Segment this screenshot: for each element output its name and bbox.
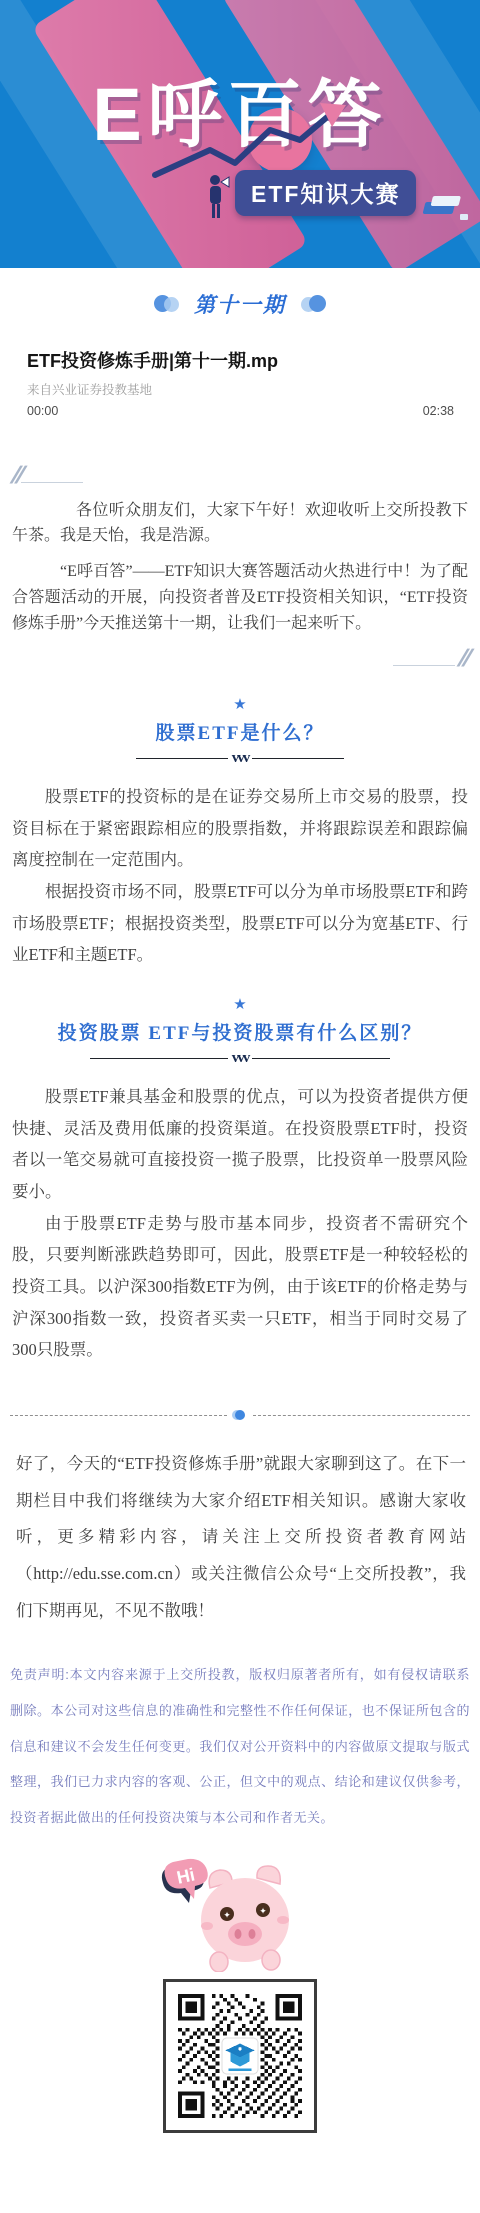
svg-text:✦: ✦ <box>259 1906 267 1916</box>
qr-center-logo <box>222 2038 258 2074</box>
audio-current-time: 00:00 <box>27 404 58 418</box>
intro-paragraph: “E呼百答”——ETF知识大赛答题活动火热进行中！为了配合答题活动的开展，向投资… <box>12 559 468 637</box>
disclaimer-text: 免责声明:本文内容来源于上交所投教，版权归原著者所有，如有侵权请联系删除。本公司… <box>10 1657 470 1836</box>
section-title: 股票ETF是什么？ <box>0 718 480 745</box>
section-body: 股票ETF兼具基金和股票的优点，可以为投资者提供方便快捷、灵活及费用低廉的投资渠… <box>12 1081 468 1366</box>
speaker-person-icon <box>205 172 231 220</box>
body-paragraph: 股票ETF的投资标的是在证券交易所上市交易的股票，投资目标在于紧密跟踪相应的股票… <box>12 781 468 876</box>
audio-title: ETF投资修炼手册|第十一期.mp <box>27 350 454 373</box>
books-icon <box>422 192 468 226</box>
open-quote-icon: // <box>12 468 468 488</box>
star-icon: ★ <box>0 997 480 1012</box>
section-divider: vvv <box>0 1050 480 1067</box>
dashed-divider <box>10 1410 470 1420</box>
pig-mascot: Hi ✦ ✦ <box>0 1850 480 1977</box>
body-paragraph: 根据投资市场不同，股票ETF可以分为单市场股票ETF和跨市场股票ETF；根据投资… <box>12 876 468 971</box>
disclaimer-block: 免责声明:本文内容来源于上交所投教，版权归原著者所有，如有侵权请联系删除。本公司… <box>10 1657 470 1836</box>
issue-heading: 第十一期 <box>0 292 480 316</box>
issue-dots-left-icon <box>154 295 184 313</box>
issue-dots-right-icon <box>296 295 326 313</box>
chevrons-icon: vvv <box>232 1050 249 1067</box>
divider-dot-icon <box>235 1410 245 1420</box>
closing-block: 好了，今天的“ETF投资修炼手册”就跟大家聊到这了。在下一期栏目中我们将继续为大… <box>16 1446 466 1629</box>
intro-paragraph: 各位听众朋友们，大家下午好！欢迎收听上交所投教下午茶。我是天怡，我是浩源。 <box>12 498 468 550</box>
qr-code[interactable] <box>163 1979 317 2133</box>
chevrons-icon: vvv <box>232 750 249 767</box>
audio-player[interactable]: ETF投资修炼手册|第十一期.mp 来自兴业证券投教基地 00:00 02:38 <box>27 350 454 418</box>
section-divider: vvv <box>0 750 480 767</box>
article-page: E呼百答 ETF知识大赛 第十一期 <box>0 0 480 2213</box>
section-heading-2: ★ 投资股票 ETF与投资股票有什么区别？ vvv <box>0 997 480 1067</box>
section-title: 投资股票 ETF与投资股票有什么区别？ <box>0 1018 480 1045</box>
issue-label: 第十一期 <box>194 289 286 319</box>
audio-total-time: 02:38 <box>423 404 454 418</box>
section-heading-1: ★ 股票ETF是什么？ vvv <box>0 697 480 767</box>
close-quote-icon: // <box>12 651 468 671</box>
body-paragraph: 股票ETF兼具基金和股票的优点，可以为投资者提供方便快捷、灵活及费用低廉的投资渠… <box>12 1081 468 1208</box>
intro-quote-block: // 各位听众朋友们，大家下午好！欢迎收听上交所投教下午茶。我是天怡，我是浩源。… <box>12 468 468 672</box>
banner-badge: ETF知识大赛 <box>235 170 416 216</box>
audio-source: 来自兴业证券投教基地 <box>27 380 454 398</box>
closing-paragraph: 好了，今天的“ETF投资修炼手册”就跟大家聊到这了。在下一期栏目中我们将继续为大… <box>16 1446 466 1629</box>
section-body: 股票ETF的投资标的是在证券交易所上市交易的股票，投资目标在于紧密跟踪相应的股票… <box>12 781 468 971</box>
star-icon: ★ <box>0 697 480 712</box>
svg-text:✦: ✦ <box>223 1910 231 1920</box>
banner-image: E呼百答 ETF知识大赛 <box>0 0 480 268</box>
body-paragraph: 由于股票ETF走势与股市基本同步，投资者不需研究个股，只要判断涨跌趋势即可，因此… <box>12 1208 468 1366</box>
